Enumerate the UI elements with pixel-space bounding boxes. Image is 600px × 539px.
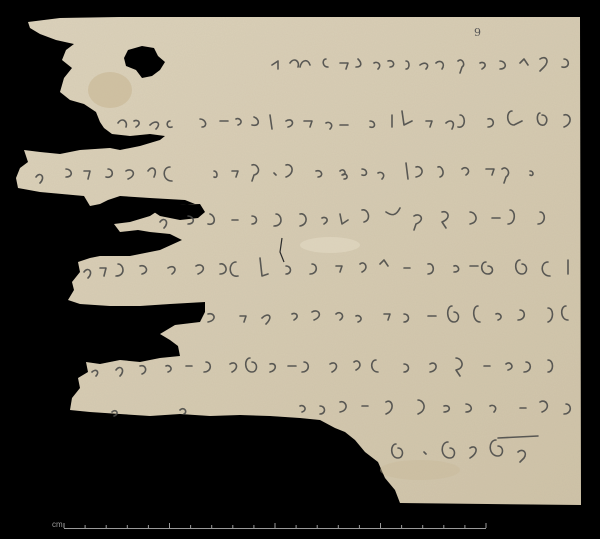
- scale-unit-label: cm: [52, 520, 63, 529]
- page-marker: 9: [474, 26, 481, 39]
- stain: [380, 460, 460, 480]
- stain: [300, 237, 360, 253]
- manuscript-photo: 9: [0, 0, 600, 539]
- stain: [88, 72, 132, 108]
